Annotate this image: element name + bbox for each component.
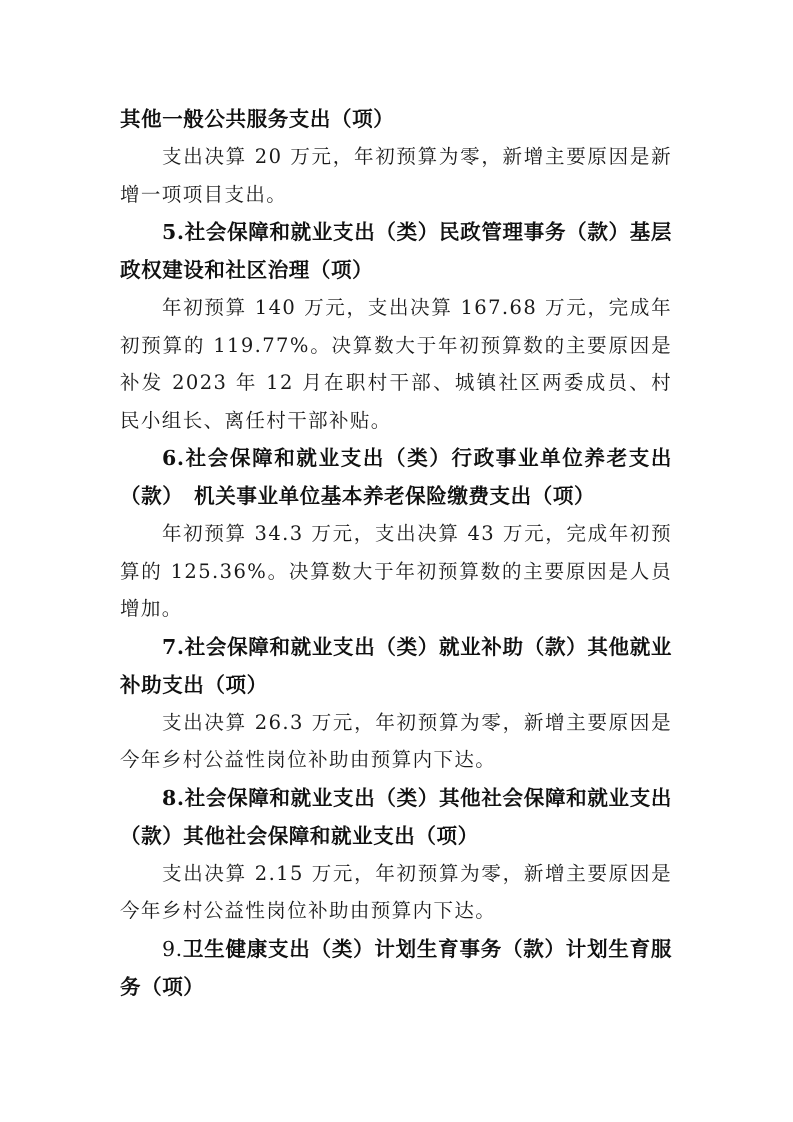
section-body: 支出决算 2.15 万元，年初预算为零，新增主要原因是今年乡村公益性岗位补助由预… <box>120 855 672 930</box>
section-5-grassroots-governance: 5.社会保障和就业支出（类）民政管理事务（款）基层政权建设和社区治理（项） 年初… <box>120 213 672 439</box>
section-7-employment-subsidy: 7.社会保障和就业支出（类）就业补助（款）其他就业补助支出（项） 支出决算 26… <box>120 628 672 779</box>
section-heading: 其他一般公共服务支出（项） <box>120 100 672 138</box>
section-heading: 7.社会保障和就业支出（类）就业补助（款）其他就业补助支出（项） <box>120 628 672 704</box>
section-8-other-social-security: 8.社会保障和就业支出（类）其他社会保障和就业支出（款）其他社会保障和就业支出（… <box>120 779 672 930</box>
section-heading: 5.社会保障和就业支出（类）民政管理事务（款）基层政权建设和社区治理（项） <box>120 213 672 289</box>
section-other-general-public-services: 其他一般公共服务支出（项） 支出决算 20 万元，年初预算为零，新增主要原因是新… <box>120 100 672 213</box>
section-heading-text: 卫生健康支出（类）计划生育事务（款）计划生育服务（项） <box>120 937 672 999</box>
section-body: 支出决算 20 万元，年初预算为零，新增主要原因是新增一项项目支出。 <box>120 138 672 213</box>
section-body: 年初预算 34.3 万元，支出决算 43 万元，完成年初预算的 125.36%。… <box>120 515 672 628</box>
section-body: 年初预算 140 万元，支出决算 167.68 万元，完成年初预算的 119.7… <box>120 289 672 439</box>
section-heading: 6.社会保障和就业支出（类）行政事业单位养老支出（款） 机关事业单位基本养老保险… <box>120 439 672 515</box>
section-9-family-planning: 9.卫生健康支出（类）计划生育事务（款）计划生育服务（项） <box>120 930 672 1006</box>
section-heading: 8.社会保障和就业支出（类）其他社会保障和就业支出（款）其他社会保障和就业支出（… <box>120 779 672 855</box>
document-page: 其他一般公共服务支出（项） 支出决算 20 万元，年初预算为零，新增主要原因是新… <box>120 100 672 1006</box>
section-body: 支出决算 26.3 万元，年初预算为零，新增主要原因是今年乡村公益性岗位补助由预… <box>120 704 672 779</box>
section-heading: 9.卫生健康支出（类）计划生育事务（款）计划生育服务（项） <box>120 930 672 1006</box>
section-6-pension-contributions: 6.社会保障和就业支出（类）行政事业单位养老支出（款） 机关事业单位基本养老保险… <box>120 439 672 628</box>
section-number: 9. <box>162 937 183 961</box>
